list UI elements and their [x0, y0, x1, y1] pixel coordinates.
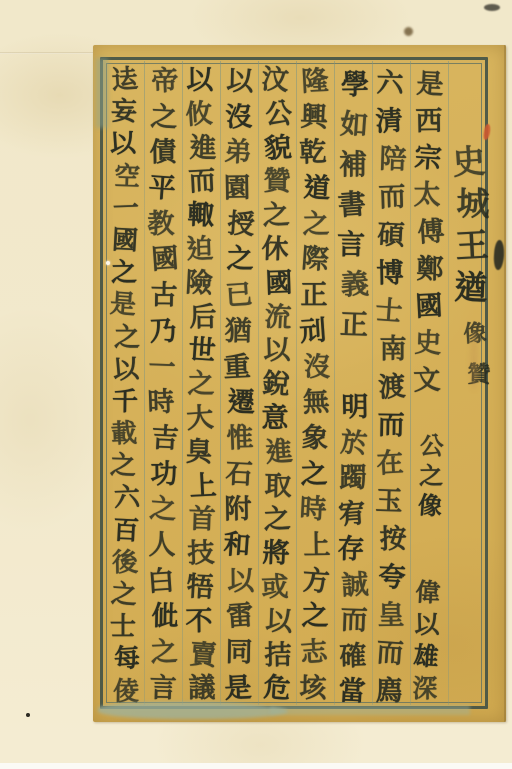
teal-smudge-bottom-2 — [270, 705, 470, 715]
stain-wisp — [470, 330, 478, 390]
leaf-edge — [504, 45, 506, 722]
corner-speck — [484, 4, 500, 11]
manuscript-page: 史城王遒像贊是西宗太傅鄭國史文公之像偉以雄深六清陪而碩博士南渡而在玉按夸皇而廌學… — [0, 0, 512, 769]
column-rule-line — [334, 61, 335, 705]
margin-dot — [26, 713, 30, 717]
column-rule-line — [410, 61, 411, 705]
column-rule-line — [372, 61, 373, 705]
teal-smudge-bottom — [98, 702, 288, 719]
paper-crease — [0, 52, 97, 54]
column-rule-line — [258, 61, 259, 705]
teal-smudge-left — [96, 58, 108, 128]
brown-speck — [404, 27, 413, 36]
column-rule-line — [448, 61, 449, 705]
column-rule-line — [220, 61, 221, 705]
scan-edge — [0, 763, 512, 769]
column-rule-line — [144, 61, 145, 705]
column-rule-line — [182, 61, 183, 705]
paper-fleck — [106, 261, 110, 265]
border-frame — [100, 57, 488, 709]
border-frame-inner-line — [106, 63, 482, 703]
column-rule-line — [296, 61, 297, 705]
